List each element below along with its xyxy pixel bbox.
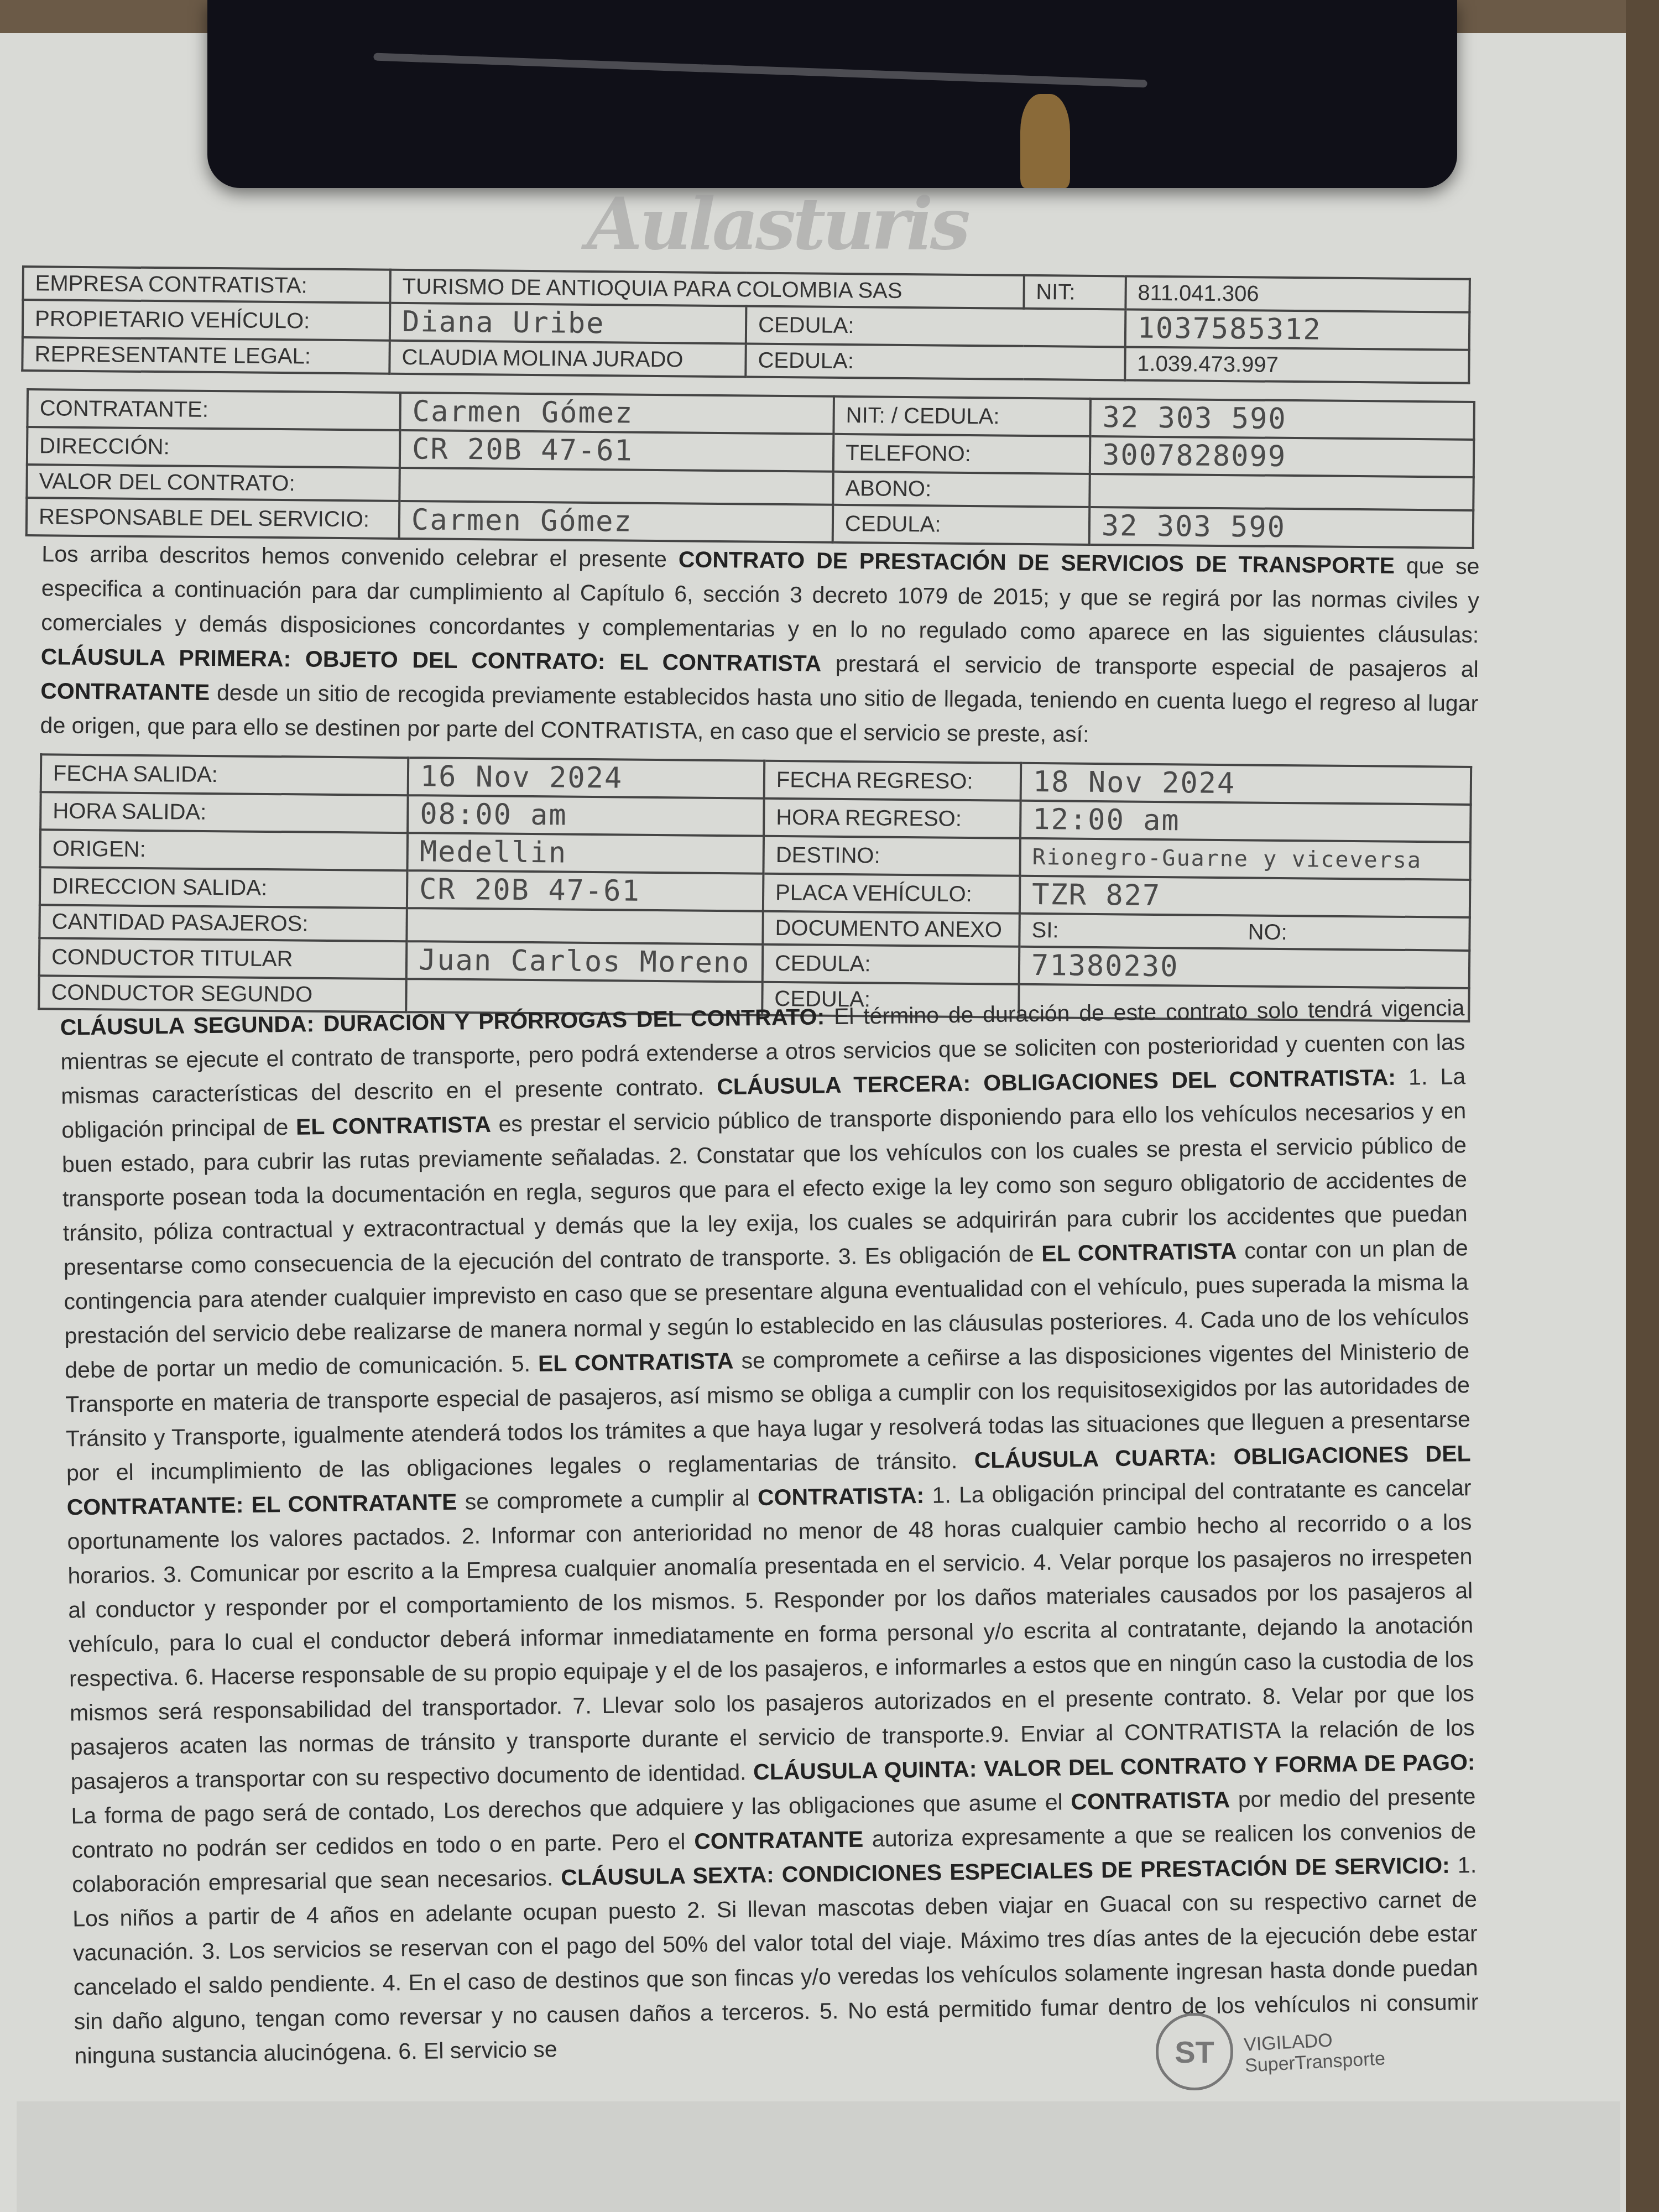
field-label: RESPONSABLE DEL SERVICIO: [27,498,400,539]
field-label: HORA SALIDA: [40,792,408,833]
field-value-handwritten: Carmen Gómez [400,393,834,434]
field-value: TURISMO DE ANTIOQUIA PARA COLOMBIA SAS [390,270,1024,309]
field-label: REPRESENTANTE LEGAL: [22,337,389,374]
field-value-handwritten: Carmen Gómez [399,501,833,542]
field-label: CEDULA: [746,306,1125,347]
company-logo-watermark: Aulasturis [487,182,1067,265]
company-info-table: EMPRESA CONTRATISTA: TURISMO DE ANTIOQUI… [21,265,1471,384]
field-label: DIRECCION SALIDA: [40,867,408,908]
field-label: PROPIETARIO VEHÍCULO: [23,300,390,341]
field-value-empty [399,468,833,505]
field-value-handwritten: 08:00 am [408,795,764,836]
underlying-page [17,2101,1620,2212]
clause-heading: CLÁUSULA SEXTA: CONDICIONES ESPECIALES D… [561,1853,1450,1890]
spacer [1065,937,1242,939]
field-label: CEDULA: [833,505,1090,545]
clause-text: se compromete a cumplir al [457,1485,758,1515]
clauses-paragraph: CLÁUSULA SEGUNDA: DURACION Y PRÓRROGAS D… [60,990,1479,2073]
intro-text: desde un sitio de recogida previamente e… [40,680,1479,747]
supertransporte-seal: ST VIGILADO SuperTransporte [1156,2013,1385,2090]
field-value-empty [1089,474,1473,510]
field-label: CEDULA: [745,343,1125,380]
field-value-handwritten: Diana Uribe [390,303,747,344]
clause-bold: CONTRATISTA [1071,1787,1230,1814]
intro-bold: CONTRATO DE PRESTACIÓN DE SERVICIOS DE T… [679,546,1395,578]
client-info-table: CONTRATANTE: Carmen Gómez NIT: / CEDULA:… [25,388,1475,549]
field-value-empty [406,908,763,945]
clip-wear-mark [1020,94,1070,188]
field-label: VALOR DEL CONTRATO: [27,465,399,501]
backdrop [1626,0,1659,2212]
clause-bold: EL CONTRATISTA [296,1112,492,1140]
clause-heading: CLÁUSULA QUINTA: VALOR DEL CONTRATO Y FO… [753,1749,1475,1785]
field-value-handwritten: 1037585312 [1125,309,1469,349]
intro-bold: CONTRATANTE [40,678,210,705]
clause-bold: EL CONTRATISTA [1041,1238,1237,1266]
field-label: DESTINO: [763,836,1020,876]
field-value-handwritten: 71380230 [1019,947,1470,988]
field-value-handwritten: CR 20B 47-61 [407,870,764,911]
document-content: EMPRESA CONTRATISTA: TURISMO DE ANTIOQUI… [6,265,1481,2085]
clause-bold: EL CONTRATISTA [538,1348,734,1376]
seal-text: VIGILADO SuperTransporte [1243,2027,1386,2076]
clipboard-clip [207,0,1457,188]
field-label: CANTIDAD PASAJEROS: [39,905,406,941]
field-label: CONTRATANTE: [27,389,400,430]
trip-details-table: FECHA SALIDA: 16 Nov 2024 FECHA REGRESO:… [38,753,1472,1022]
field-value-handwritten: 3007828099 [1090,436,1474,477]
field-label: NIT: / CEDULA: [833,397,1091,436]
field-value-handwritten: 32 303 590 [1089,507,1474,548]
field-label: ORIGEN: [40,830,408,870]
field-value-handwritten: 18 Nov 2024 [1021,763,1472,805]
clause-heading: CLÁUSULA TERCERA: OBLIGACIONES DEL CONTR… [717,1065,1396,1099]
field-value: 811.041.306 [1125,276,1470,312]
field-label: TELEFONO: [833,434,1091,474]
field-label: CEDULA: [763,945,1020,984]
field-label: ABONO: [833,472,1090,507]
field-value-handwritten: TZR 827 [1020,876,1470,917]
intro-paragraph: Los arriba descritos hemos convenido cel… [40,536,1479,755]
intro-text: Los arriba descritos hemos convenido cel… [41,541,679,572]
field-value-handwritten: 32 303 590 [1090,399,1474,440]
field-label: DOCUMENTO ANEXO [763,911,1020,947]
option-si: SI: [1031,917,1058,942]
field-label: FECHA REGRESO: [764,761,1021,801]
clause-text: La forma de pago será de contado, Los de… [71,1789,1071,1828]
clause-bold: CONTRATANTE [694,1827,864,1854]
clause-text: 1. La obligación principal del contratan… [67,1475,1475,1794]
field-label: EMPRESA CONTRATISTA: [23,267,390,303]
clip-reflection [373,53,1147,88]
field-value-handwritten: Juan Carlos Moreno [406,941,763,982]
field-value-handwritten: CR 20B 47-61 [400,430,834,472]
documento-anexo-options: SI: NO: [1019,914,1469,951]
field-label: PLACA VEHÍCULO: [763,874,1020,914]
clause-heading: CLÁUSULA SEGUNDA: DURACION Y PRÓRROGAS D… [60,1004,825,1040]
field-value-handwritten: Medellin [407,833,764,874]
option-no: NO: [1248,920,1288,945]
field-value: CLAUDIA MOLINA JURADO [389,341,745,377]
field-label: FECHA SALIDA: [41,754,409,795]
field-label: CONDUCTOR TITULAR [39,938,407,979]
field-label: DIRECCIÓN: [27,427,400,468]
field-label: HORA REGRESO: [764,799,1021,838]
clause-bold: CONTRATISTA: [758,1483,925,1510]
field-value-handwritten: 12:00 am [1020,801,1471,842]
intro-text: prestará el servicio de transporte espec… [821,651,1479,682]
field-label: NIT: [1024,275,1126,310]
field-value-handwritten: 16 Nov 2024 [408,758,765,799]
field-value: 1.039.473.997 [1125,347,1469,383]
seal-icon: ST [1156,2013,1233,2090]
field-value-handwritten: Rionegro-Guarne y viceversa [1020,838,1470,880]
clause-heading: CLÁUSULA PRIMERA: OBJETO DEL CONTRATO: E… [41,644,822,676]
